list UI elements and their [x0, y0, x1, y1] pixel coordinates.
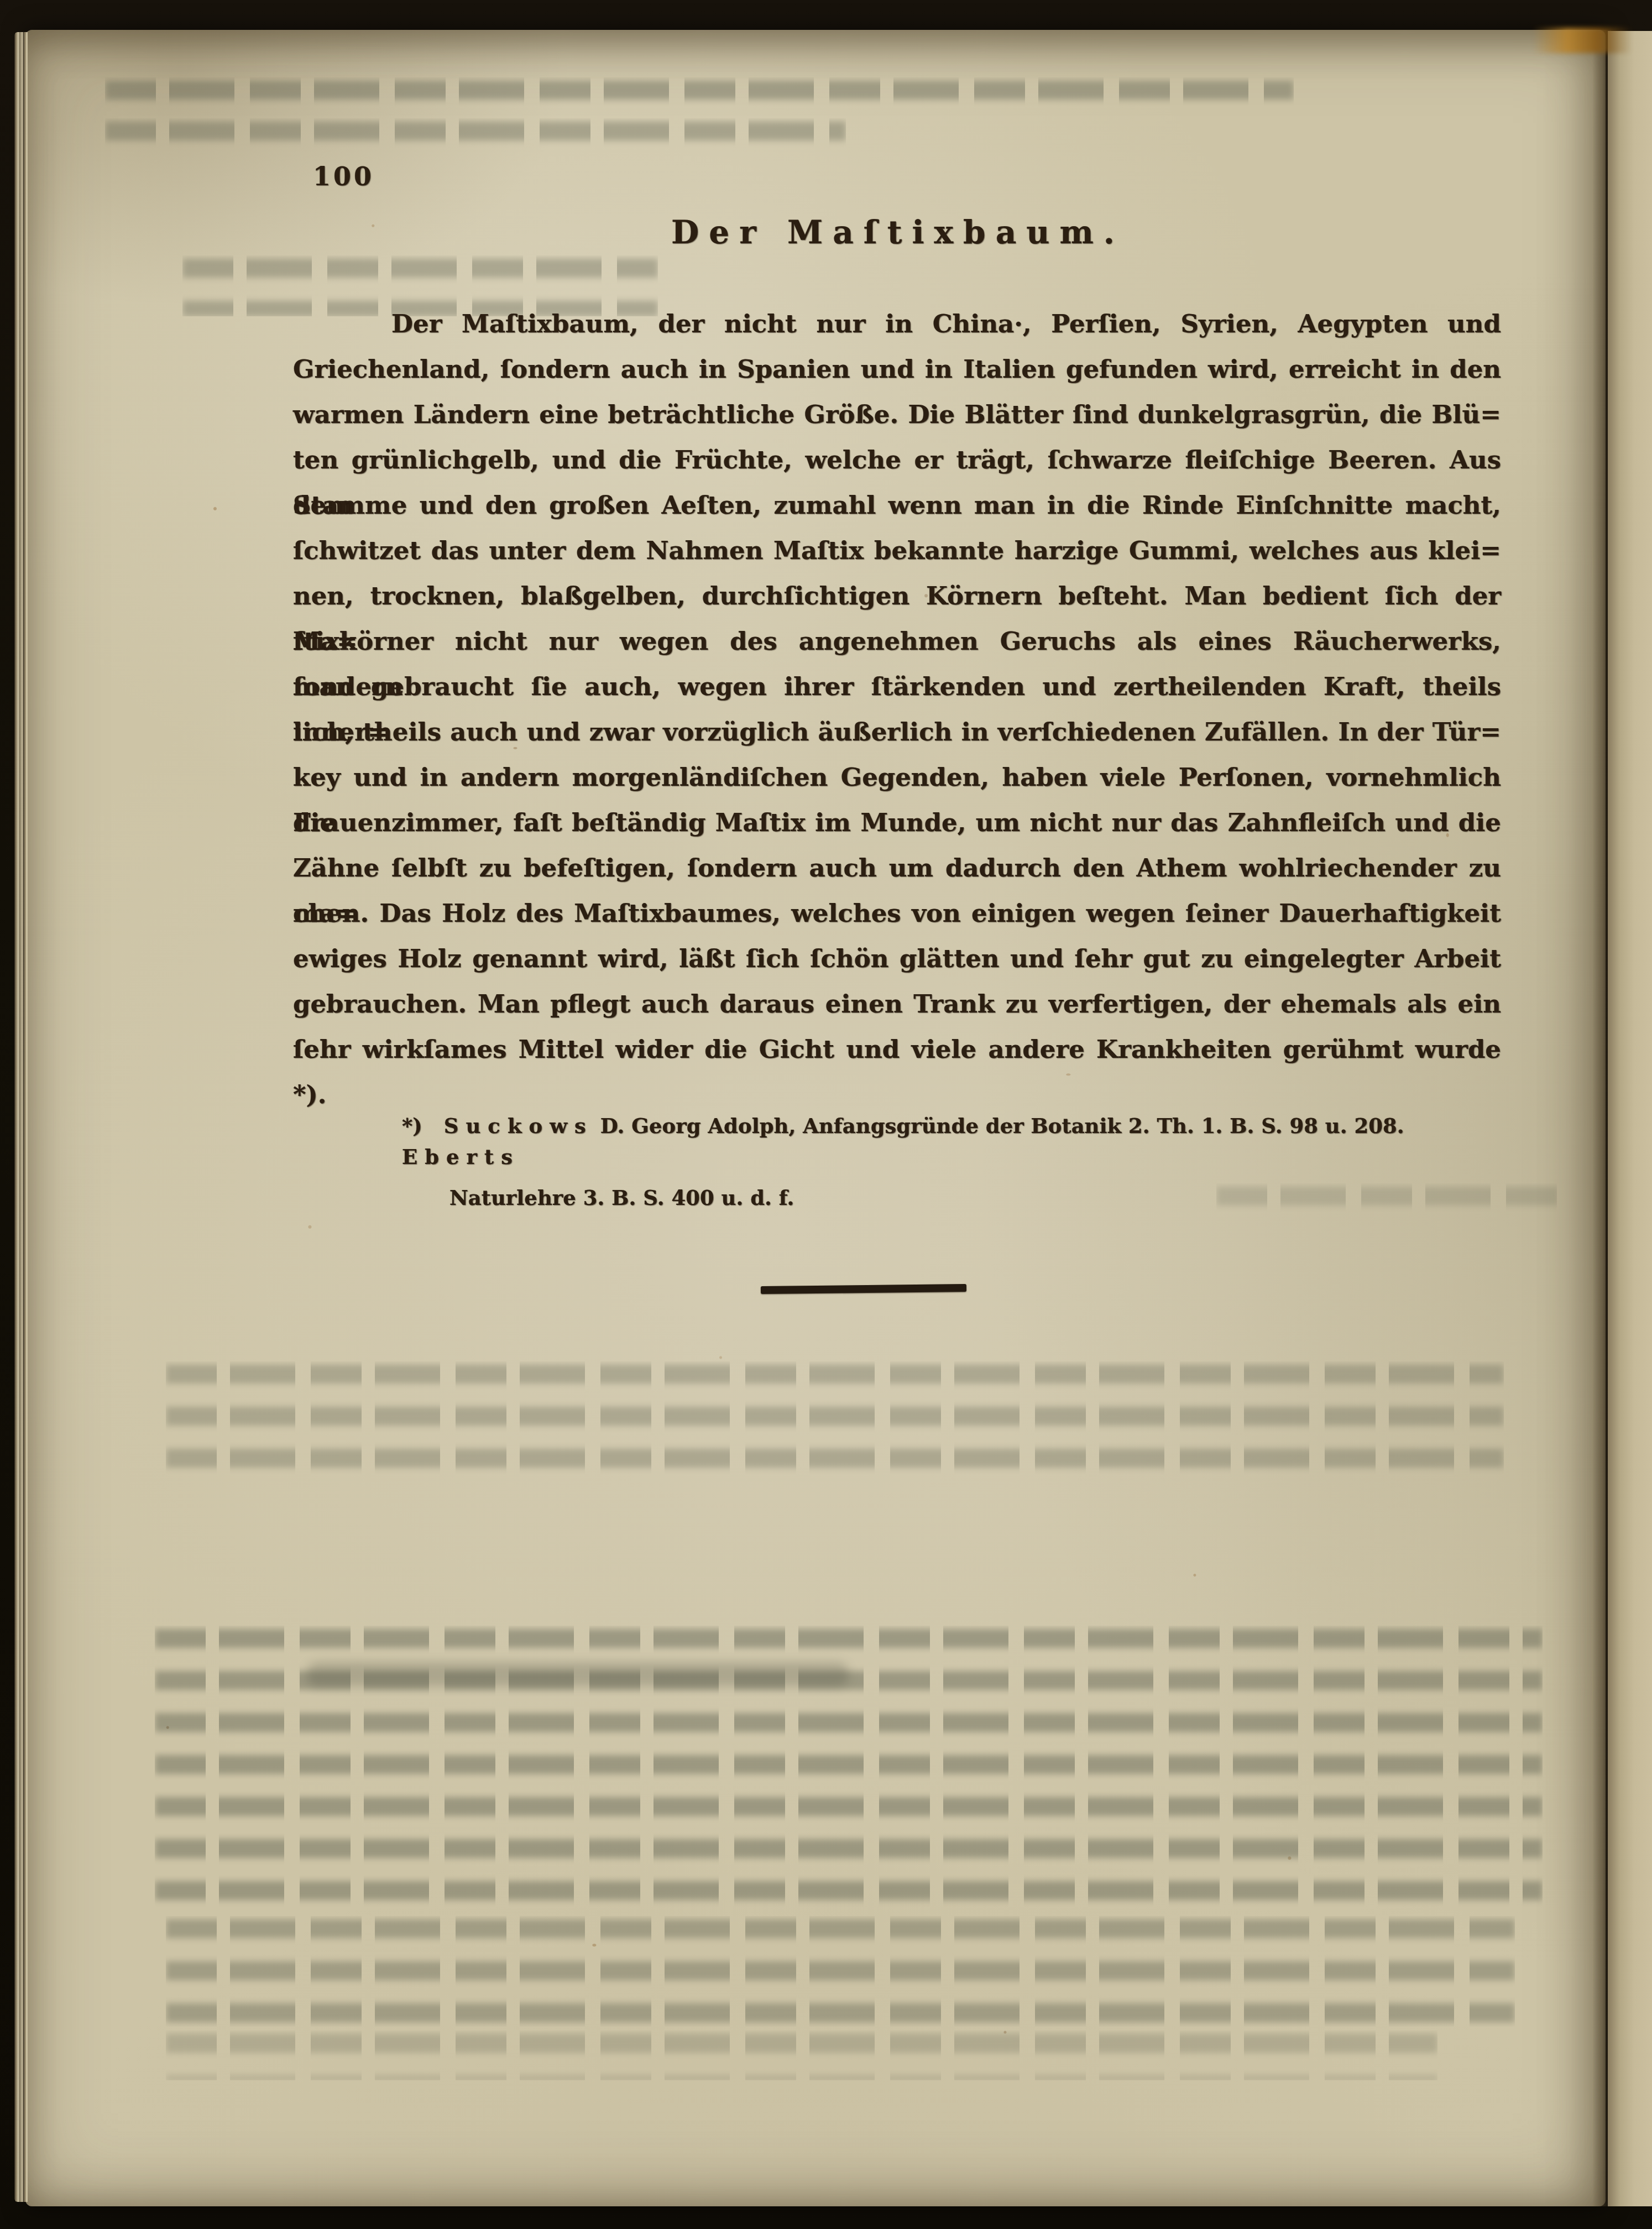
spine-streak [1533, 28, 1632, 53]
body-text: Der Maſtixbaum, der nicht nur in China·,… [293, 301, 1501, 1072]
body-text-line: Griechenland, ſondern auch in Spanien un… [293, 347, 1501, 392]
body-text-line: ſchwitzet das unter dem Nahmen Maſtix be… [293, 528, 1501, 573]
footnote-line: *) Suckows D. Georg Adolph, Anfangsgründ… [402, 1110, 1497, 1172]
bleed-through-text [166, 2030, 1437, 2080]
body-text-line: ten grünlichgelb, und die Früchte, welch… [293, 437, 1501, 483]
footnote-line: Naturlehre 3. B. S. 400 u. d. f. [449, 1182, 1497, 1213]
page-stack-edge [14, 32, 28, 2202]
body-text-line: man gebraucht ſie auch, wegen ihrer ſtär… [293, 664, 1501, 709]
bleed-through-text [105, 77, 1294, 113]
body-text-line: warmen Ländern eine beträchtliche Größe.… [293, 392, 1501, 437]
body-text-line: nen, trocknen, blaßgelben, durchſichtige… [293, 573, 1501, 619]
footnote-author: Suckows [444, 1114, 593, 1138]
bleed-through-text [105, 118, 846, 150]
body-text-line: Stamme und den großen Aeſten, zumahl wen… [293, 483, 1501, 528]
body-text-line: ſtixkörner nicht nur wegen des angenehme… [293, 619, 1501, 664]
footnote-text: D. Georg Adolph, Anfangsgründe der Botan… [600, 1114, 1404, 1138]
page-number: 100 [313, 161, 374, 191]
body-text-line: key und in andern morgenländiſchen Gegen… [293, 755, 1501, 800]
body-text-line: ſehr wirkſames Mittel wider die Gicht un… [293, 1027, 1501, 1072]
body-text-line: Der Maſtixbaum, der nicht nur in China·,… [293, 301, 1501, 347]
bleed-through-text [166, 1916, 1515, 2027]
body-text-line: ewiges Holz genannt wird, läßt ſich ſchö… [293, 936, 1501, 982]
bleed-through-smudge [307, 1662, 849, 1687]
chapter-title: Der Maſtixbaum. [281, 213, 1515, 251]
footnote: *) Suckows D. Georg Adolph, Anfangsgründ… [402, 1110, 1497, 1213]
body-text-line: Frauenzimmer, faſt beſtändig Maſtix im M… [293, 800, 1501, 845]
body-text-line: gebrauchen. Man pflegt auch daraus einen… [293, 982, 1501, 1027]
footnote-marker: *) [402, 1114, 422, 1138]
bleed-through-text [166, 1361, 1504, 1489]
body-text-line: lich, theils auch und zwar vorzüglich äu… [293, 709, 1501, 755]
next-page-sliver [1608, 31, 1652, 2206]
footnote-author: Eberts [402, 1145, 520, 1169]
body-text-line: Zähne ſelbſt zu befeſtigen, ſondern auch… [293, 845, 1501, 891]
body-text-line: chen. Das Holz des Maſtixbaumes, welches… [293, 891, 1501, 936]
scanned-book-page-photo: 100 Der Maſtixbaum. Der Maſtixbaum, der … [0, 0, 1652, 2229]
